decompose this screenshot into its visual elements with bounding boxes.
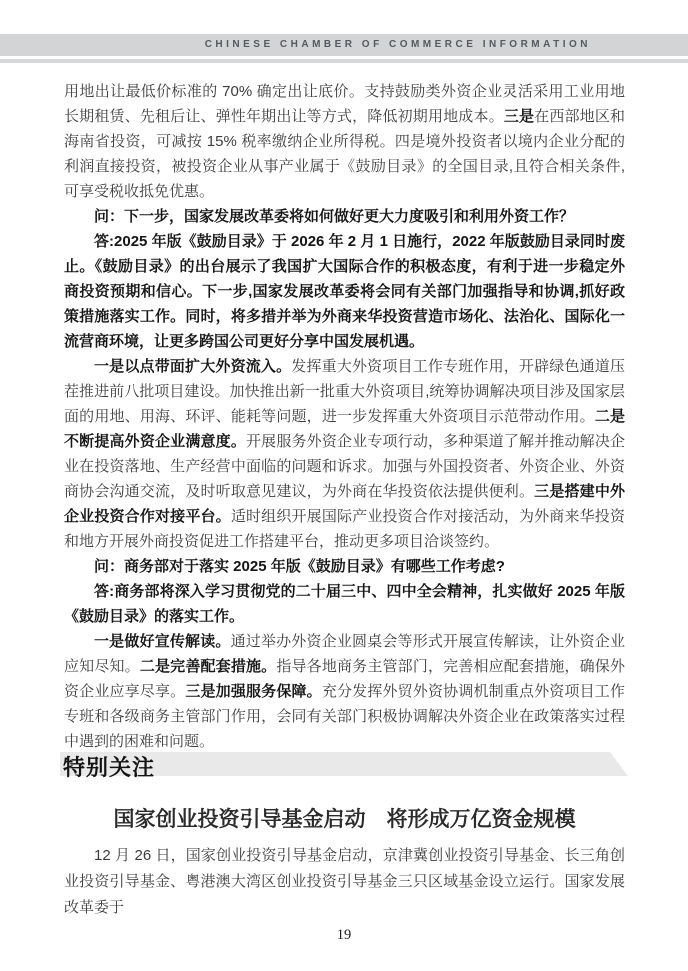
header-bar: CHINESE CHAMBER OF COMMERCE INFORMATION <box>0 34 688 56</box>
paragraph-continuation: 用地出让最低价标准的 70% 确定出让底价。支持鼓励类外资企业灵活采用工业用地长… <box>64 79 625 204</box>
question-1: 问：下一步，国家发展改革委将如何做好更大力度吸引和利用外资工作？ <box>64 204 625 229</box>
paragraph-measures-1: 一是以点带面扩大外资流入。发挥重大外资项目工作专班作用，开辟绿色通道压茬推进前八… <box>64 354 625 554</box>
answer-2: 答:商务部将深入学习贯彻党的二十届三中、四中全会精神，扎实做好 2025 年版《… <box>64 579 625 629</box>
feature-article-paragraph: 12 月 26 日，国家创业投资引导基金启动，京津冀创业投资引导基金、长三角创业… <box>64 843 625 921</box>
page-number: 19 <box>0 927 688 944</box>
bold-lead: 三是 <box>504 108 534 125</box>
document-page: CHINESE CHAMBER OF COMMERCE INFORMATION … <box>0 0 688 971</box>
header-rule <box>0 59 688 63</box>
answer-1: 答:2025 年版《鼓励目录》于 2026 年 2 月 1 日施行，2022 年… <box>64 229 625 354</box>
bold-lead: 三是加强服务保障。 <box>185 683 322 700</box>
question-2: 问：商务部对于落实 2025 年版《鼓励目录》有哪些工作考虑? <box>64 554 625 579</box>
bold-lead: 二是完善配套措施。 <box>140 658 277 675</box>
paragraph-measures-2: 一是做好宣传解读。通过举办外资企业圆桌会等形式开展宣传解读，让外资企业应知尽知。… <box>64 629 625 754</box>
header-banner-text: CHINESE CHAMBER OF COMMERCE INFORMATION <box>205 34 591 56</box>
section-banner: 特别关注 <box>60 752 628 776</box>
feature-article-title: 国家创业投资引导基金启动 将形成万亿资金规模 <box>64 803 625 833</box>
article-body: 用地出让最低价标准的 70% 确定出让底价。支持鼓励类外资企业灵活采用工业用地长… <box>64 79 625 779</box>
bold-lead: 一是以点带面扩大外资流入。 <box>94 358 291 375</box>
section-title: 特别关注 <box>63 756 155 780</box>
bold-lead: 一是做好宣传解读。 <box>94 633 231 650</box>
